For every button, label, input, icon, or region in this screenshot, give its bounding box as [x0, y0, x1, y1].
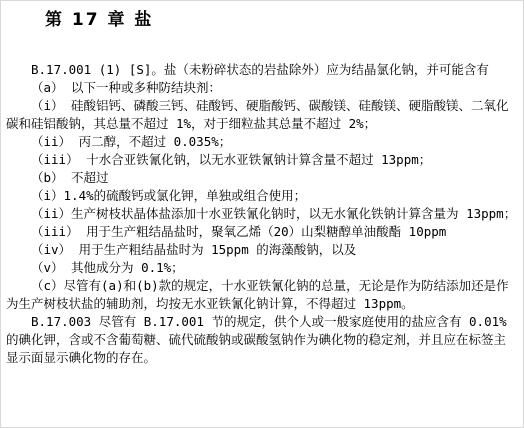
document-page: 第 17 章 盐 B.17.001 (1) [S]。盐（未粉碎状态的岩盐除外）应…: [0, 0, 524, 428]
paragraph-clause-b-v: （v） 其他成分为 0.1%；: [6, 259, 518, 277]
paragraph-clause-a-ii: （ii） 丙二醇，不超过 0.035%；: [6, 133, 518, 151]
paragraph-clause-b-i: （i）1.4%的硫酸钙或氯化钾，单独或组合使用；: [6, 187, 518, 205]
paragraph-clause-b-ii: （ii）生产树枝状晶体盐添加十水亚铁氰化钠时，以无水氰化铁钠计算含量为 13pp…: [6, 205, 518, 223]
paragraph-clause-a: （a） 以下一种或多种防结块剂：: [6, 79, 518, 97]
paragraph-clause-b: （b） 不超过: [6, 169, 518, 187]
paragraph-clause-b-iii: （iii） 用于生产粗结晶盐时，聚氧乙烯（20）山梨糖醇单油酸酯 10ppm: [6, 223, 518, 241]
chapter-title: 第 17 章 盐: [45, 9, 523, 31]
paragraph-b17003: B.17.003 尽管有 B.17.001 节的规定，供个人或一般家庭使用的盐应…: [6, 313, 518, 367]
paragraph-clause-a-i: （i） 硅酸铝钙、磷酸三钙、硅酸钙、硬脂酸钙、碳酸镁、硅酸镁、硬脂酸镁、二氧化碳…: [6, 97, 518, 133]
document-body: B.17.001 (1) [S]。盐（未粉碎状态的岩盐除外）应为结晶氯化钠，并可…: [1, 61, 523, 367]
paragraph-clause-a-iii: （iii） 十水合亚铁氰化钠，以无水亚铁氰钠计算含量不超过 13ppm；: [6, 151, 518, 169]
paragraph-clause-c: （c）尽管有(a)和(b)款的规定，十水亚铁氰化钠的总量，无论是作为防结添加还是…: [6, 277, 518, 313]
paragraph-b17001-intro: B.17.001 (1) [S]。盐（未粉碎状态的岩盐除外）应为结晶氯化钠，并可…: [6, 61, 518, 79]
paragraph-clause-b-iv: （iv） 用于生产粗结晶盐时为 15ppm 的海藻酸钠，以及: [6, 241, 518, 259]
